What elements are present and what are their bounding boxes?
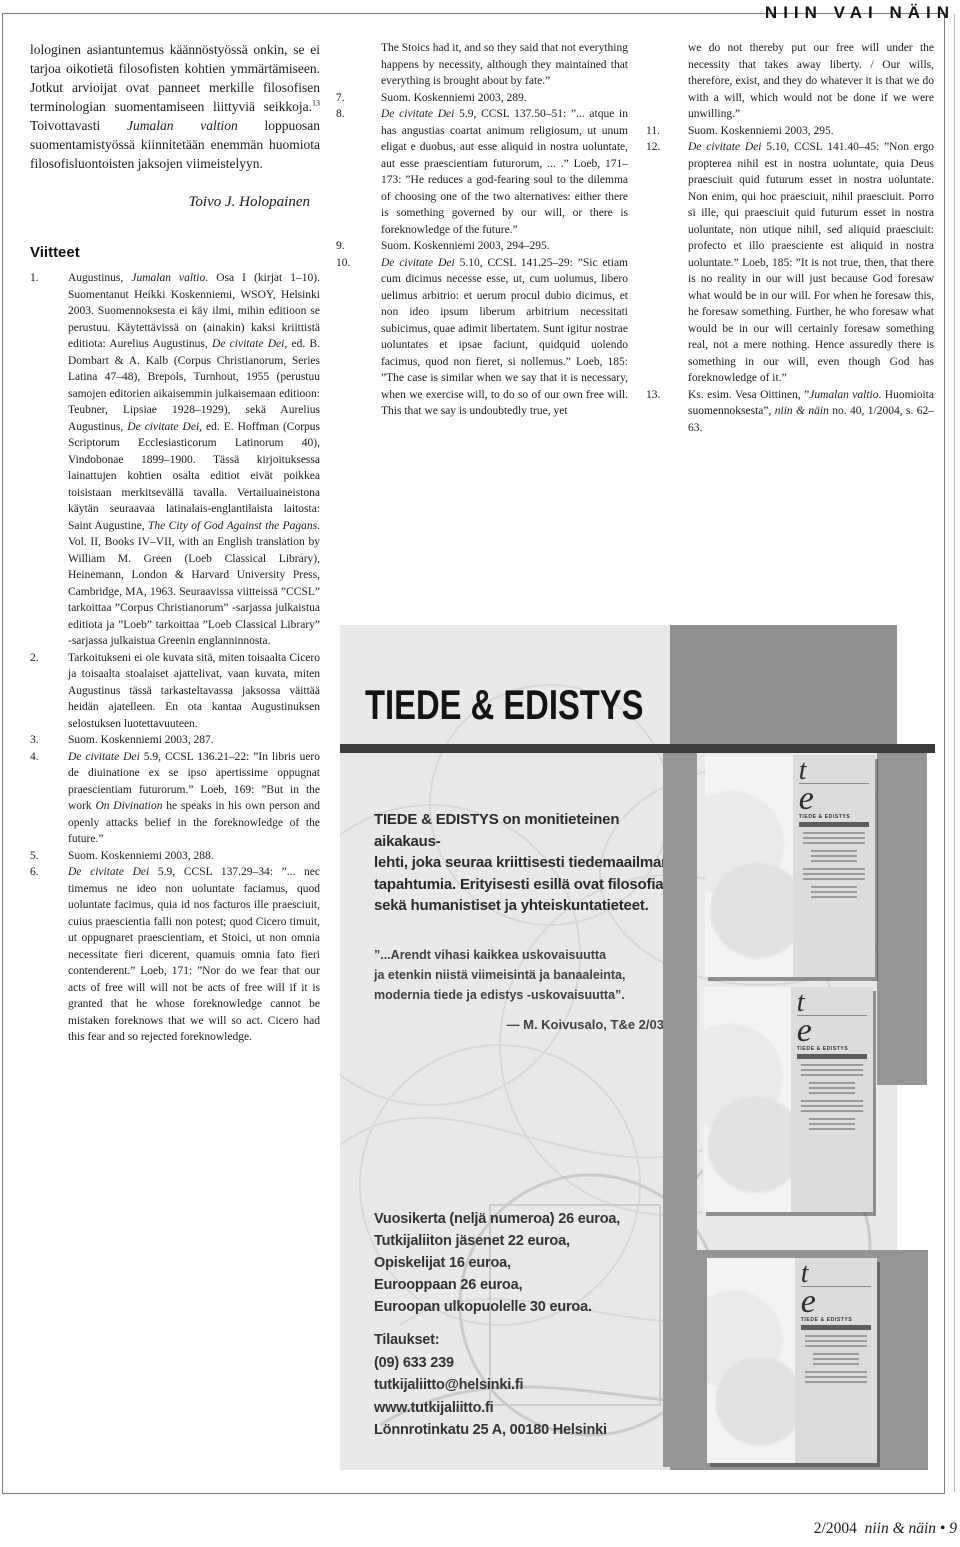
ad-description-line: tapahtumia. Erityisesti esillä ovat filo…	[374, 874, 684, 896]
note-text: Augustinus, Jumalan valtio. Osa I (kirja…	[68, 270, 320, 650]
note-item: 6. De civitate Dei 5.9, CCSL 137.29–34: …	[30, 864, 320, 1046]
ad-description: TIEDE & EDISTYS on monitieteinen aikakau…	[374, 809, 684, 917]
journal-cover-thumbnail: t e TIEDE & EDISTYS	[703, 987, 873, 1212]
cover-text-block	[809, 1082, 855, 1095]
cover-logo-e: e	[797, 1016, 867, 1046]
note-number: 11.	[646, 123, 688, 140]
section-header: NIIN VAI NÄIN	[765, 3, 955, 23]
ad-pricing-line: Tutkijaliiton jäsenet 22 euroa,	[374, 1230, 620, 1252]
ad-pricing-line: Euroopan ulkopuolelle 30 euroa.	[374, 1296, 620, 1318]
notes-heading: Viitteet	[30, 244, 320, 261]
cover-logo-e: e	[801, 1287, 871, 1317]
ad-pricing: Vuosikerta (neljä numeroa) 26 euroa, Tut…	[374, 1208, 620, 1318]
cover-spine-column: t e TIEDE & EDISTYS	[795, 1258, 877, 1463]
note-number: 10.	[336, 255, 381, 420]
note-text: De civitate Dei 5.9, CCSL 137.29–34: ”..…	[68, 864, 320, 1046]
footer-separator: •	[940, 1520, 945, 1537]
cover-image-area	[703, 987, 791, 1212]
note-item: 4. De civitate Dei 5.9, CCSL 136.21–22: …	[30, 749, 320, 848]
note-text: De civitate Dei 5.9, CCSL 136.21–22: ”In…	[68, 749, 320, 848]
note-item: 10. De civitate Dei 5.10, CCSL 141.25–29…	[336, 255, 628, 420]
note-text: De civitate Dei 5.10, CCSL 141.25–29: ”S…	[381, 255, 628, 420]
ad-phone: (09) 633 239	[374, 1352, 607, 1375]
note-continuation: The Stoics had it, and so they said that…	[381, 40, 628, 90]
note-number: 13.	[646, 387, 688, 437]
ad-title: TIEDE & EDISTYS	[365, 681, 644, 729]
ad-pricing-line: Vuosikerta (neljä numeroa) 26 euroa,	[374, 1208, 620, 1230]
cover-text-block	[805, 1371, 867, 1384]
note-number: 9.	[336, 238, 381, 255]
note-number: 7.	[336, 90, 381, 107]
note-text: Suom. Koskenniemi 2003, 287.	[68, 732, 320, 749]
ad-quote-line: ja etenkin niistä viimeisintä ja banaale…	[374, 965, 674, 985]
cover-text-block	[809, 1118, 855, 1131]
note-text: De civitate Dei 5.9, CCSL 137.50–51: ”..…	[381, 106, 628, 238]
note-item: 1. Augustinus, Jumalan valtio. Osa I (ki…	[30, 270, 320, 650]
note-item: 5. Suom. Koskenniemi 2003, 288.	[30, 848, 320, 865]
footer-journal-name: niin & näin	[865, 1520, 936, 1537]
note-number: 12.	[646, 139, 688, 387]
cover-logo-e: e	[799, 784, 869, 814]
column-middle: The Stoics had it, and so they said that…	[336, 40, 628, 625]
cover-spine-column: t e TIEDE & EDISTYS	[791, 987, 873, 1212]
notes-list-right: 11. Suom. Koskenniemi 2003, 295. 12. De …	[646, 123, 934, 437]
ad-website: www.tutkijaliitto.fi	[374, 1397, 607, 1420]
ad-grey-header-block	[670, 625, 897, 744]
journal-cover-thumbnail: t e TIEDE & EDISTYS	[705, 755, 875, 977]
cover-text-block	[803, 832, 865, 845]
notes-list-middle: 7. Suom. Koskenniemi 2003, 289. 8. De ci…	[336, 90, 628, 420]
cover-text-block	[803, 868, 865, 881]
ad-description-line: TIEDE & EDISTYS on monitieteinen aikakau…	[374, 809, 684, 852]
intro-paragraph: lologinen asiantuntemus käännöstyössä on…	[30, 40, 320, 173]
note-item: 8. De civitate Dei 5.9, CCSL 137.50–51: …	[336, 106, 628, 238]
note-text: Suom. Koskenniemi 2003, 294–295.	[381, 238, 628, 255]
note-number: 5.	[30, 848, 68, 865]
footer-page-number: 9	[949, 1520, 957, 1537]
ad-quote-line: ”...Arendt vihasi kaikkea uskovaisuutta	[374, 945, 674, 965]
ad-divider-rule	[340, 744, 935, 753]
note-text: De civitate Dei 5.10, CCSL 141.40–45: ”N…	[688, 139, 934, 387]
column-left: lologinen asiantuntemus käännöstyössä on…	[30, 40, 320, 1046]
note-continuation: we do not thereby put our free will unde…	[688, 40, 934, 123]
journal-cover-thumbnail: t e TIEDE & EDISTYS	[707, 1258, 877, 1463]
cover-text-block	[813, 1353, 859, 1366]
cover-issue-bar	[801, 1325, 871, 1330]
page-footer: 2/2004 niin & näin • 9	[814, 1520, 957, 1538]
note-text: Suom. Koskenniemi 2003, 289.	[381, 90, 628, 107]
ad-pricing-line: Eurooppaan 26 euroa,	[374, 1274, 620, 1296]
note-number: 6.	[30, 864, 68, 1046]
cover-text-block	[805, 1335, 867, 1348]
notes-list-left: 1. Augustinus, Jumalan valtio. Osa I (ki…	[30, 270, 320, 1046]
column-right: we do not thereby put our free will unde…	[646, 40, 934, 622]
cover-issue-bar	[797, 1054, 867, 1059]
cover-caption: TIEDE & EDISTYS	[799, 814, 869, 820]
note-item: 2. Tarkoitukseni ei ole kuvata sitä, mit…	[30, 650, 320, 733]
note-number: 4.	[30, 749, 68, 848]
note-item: 3. Suom. Koskenniemi 2003, 287.	[30, 732, 320, 749]
note-item: 12. De civitate Dei 5.10, CCSL 141.40–45…	[646, 139, 934, 387]
note-item: 7. Suom. Koskenniemi 2003, 289.	[336, 90, 628, 107]
ad-email: tutkijaliitto@helsinki.fi	[374, 1374, 607, 1397]
ad-contact: Tilaukset: (09) 633 239 tutkijaliitto@he…	[374, 1329, 607, 1442]
ad-address: Lönnrotinkatu 25 A, 00180 Helsinki	[374, 1419, 607, 1442]
author-byline: Toivo J. Holopainen	[30, 194, 310, 211]
note-text: Ks. esim. Vesa Oittinen, ”Jumalan valtio…	[688, 387, 934, 437]
cover-text-block	[811, 850, 857, 863]
cover-spine-column: t e TIEDE & EDISTYS	[793, 755, 875, 977]
ad-quote: ”...Arendt vihasi kaikkea uskovaisuutta …	[374, 945, 674, 1005]
cover-text-block	[801, 1100, 863, 1113]
cover-caption: TIEDE & EDISTYS	[797, 1046, 867, 1052]
cover-image-area	[705, 755, 793, 977]
cover-text-block	[801, 1064, 863, 1077]
cover-issue-bar	[799, 822, 869, 827]
ad-grey-bar-right	[877, 753, 927, 1085]
note-text: Suom. Koskenniemi 2003, 295.	[688, 123, 934, 140]
note-number: 8.	[336, 106, 381, 238]
cover-text-block	[811, 886, 857, 899]
note-text: Suom. Koskenniemi 2003, 288.	[68, 848, 320, 865]
footer-issue: 2/2004	[814, 1520, 857, 1537]
scan-edge-line	[954, 14, 955, 1492]
tiede-edistys-advertisement: TIEDE & EDISTYS TIEDE & EDISTYS on monit…	[340, 625, 935, 1480]
cover-image-area	[707, 1258, 795, 1463]
ad-quote-line: modernia tiede ja edistys -uskovaisuutta…	[374, 985, 674, 1005]
note-number: 2.	[30, 650, 68, 733]
note-item: 11. Suom. Koskenniemi 2003, 295.	[646, 123, 934, 140]
ad-description-line: lehti, joka seuraa kriittisesti tiedemaa…	[374, 852, 684, 874]
ad-description-line: sekä humanistiset ja yhteiskuntatieteet.	[374, 895, 684, 917]
ad-orders-label: Tilaukset:	[374, 1329, 607, 1352]
note-number: 1.	[30, 270, 68, 650]
cover-caption: TIEDE & EDISTYS	[801, 1317, 871, 1323]
note-number: 3.	[30, 732, 68, 749]
note-text: Tarkoitukseni ei ole kuvata sitä, miten …	[68, 650, 320, 733]
ad-quote-attribution: — M. Koivusalo, T&e 2/03	[374, 1017, 664, 1032]
ad-pricing-line: Opiskelijat 16 euroa,	[374, 1252, 620, 1274]
note-item: 9. Suom. Koskenniemi 2003, 294–295.	[336, 238, 628, 255]
note-item: 13. Ks. esim. Vesa Oittinen, ”Jumalan va…	[646, 387, 934, 437]
